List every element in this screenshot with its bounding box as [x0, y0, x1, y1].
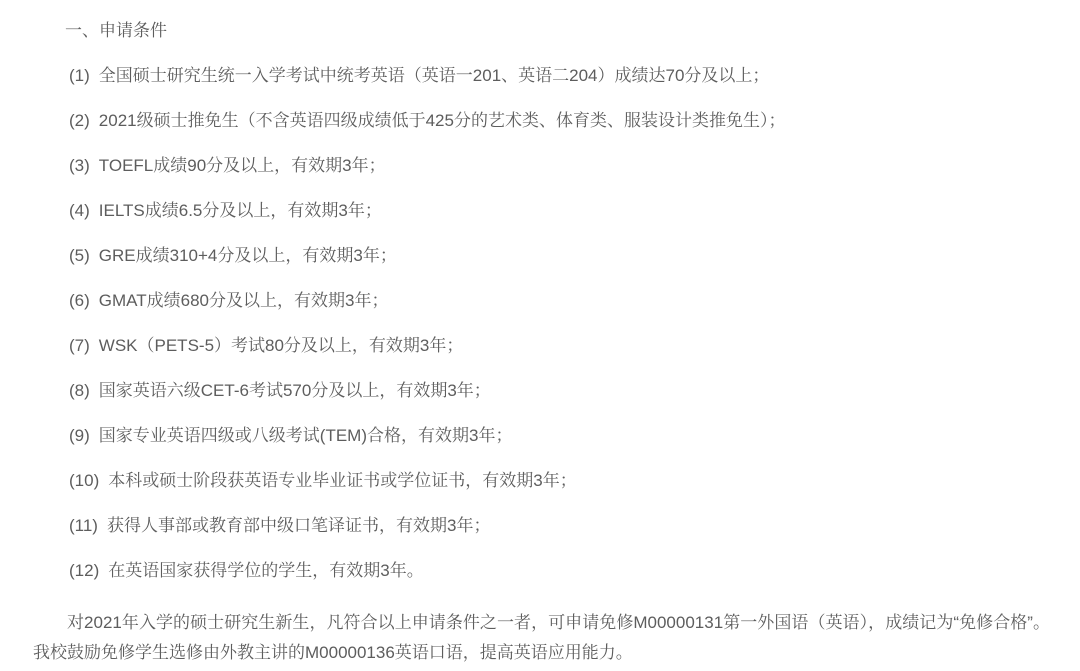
section-title: 一、申请条件	[33, 8, 1050, 53]
item-text: GRE成绩310+4分及以上，有效期3年；	[99, 246, 397, 265]
list-item: (5)GRE成绩310+4分及以上，有效期3年；	[33, 233, 1050, 278]
item-text: TOEFL成绩90分及以上，有效期3年；	[99, 156, 386, 175]
item-number: (8)	[69, 381, 90, 400]
item-text: 国家英语六级CET-6考试570分及以上，有效期3年；	[99, 381, 491, 400]
list-item: (7)WSK（PETS-5）考试80分及以上，有效期3年；	[33, 323, 1050, 368]
document-page: 一、申请条件 (1)全国硕士研究生统一入学考试中统考英语（英语一201、英语二2…	[0, 0, 1080, 671]
item-number: (7)	[69, 336, 90, 355]
item-text: WSK（PETS-5）考试80分及以上，有效期3年；	[99, 336, 464, 355]
list-item: (1)全国硕士研究生统一入学考试中统考英语（英语一201、英语二204）成绩达7…	[33, 53, 1050, 98]
item-text: 本科或硕士阶段获英语专业毕业证书或学位证书，有效期3年；	[108, 471, 576, 490]
item-number: (3)	[69, 156, 90, 175]
item-text: 在英语国家获得学位的学生，有效期3年。	[108, 561, 423, 580]
item-number: (1)	[69, 66, 90, 85]
item-number: (9)	[69, 426, 90, 445]
list-item: (10)本科或硕士阶段获英语专业毕业证书或学位证书，有效期3年；	[33, 458, 1050, 503]
item-text: 全国硕士研究生统一入学考试中统考英语（英语一201、英语二204）成绩达70分及…	[99, 66, 770, 85]
list-item: (3)TOEFL成绩90分及以上，有效期3年；	[33, 143, 1050, 188]
list-item: (12)在英语国家获得学位的学生，有效期3年。	[33, 548, 1050, 593]
item-text: 2021级硕士推免生（不含英语四级成绩低于425分的艺术类、体育类、服装设计类推…	[99, 111, 786, 130]
item-text: 获得人事部或教育部中级口笔译证书，有效期3年；	[107, 516, 490, 535]
list-item: (11)获得人事部或教育部中级口笔译证书，有效期3年；	[33, 503, 1050, 548]
list-item: (8)国家英语六级CET-6考试570分及以上，有效期3年；	[33, 368, 1050, 413]
item-text: IELTS成绩6.5分及以上，有效期3年；	[99, 201, 382, 220]
item-number: (12)	[69, 561, 99, 580]
item-text: 国家专业英语四级或八级考试(TEM)合格，有效期3年；	[99, 426, 513, 445]
list-item: (4)IELTS成绩6.5分及以上，有效期3年；	[33, 188, 1050, 233]
item-number: (5)	[69, 246, 90, 265]
conditions-list: (1)全国硕士研究生统一入学考试中统考英语（英语一201、英语二204）成绩达7…	[33, 53, 1050, 593]
list-item: (9)国家专业英语四级或八级考试(TEM)合格，有效期3年；	[33, 413, 1050, 458]
item-number: (2)	[69, 111, 90, 130]
item-number: (11)	[69, 516, 98, 535]
item-number: (4)	[69, 201, 90, 220]
item-number: (10)	[69, 471, 99, 490]
closing-paragraph: 对2021年入学的硕士研究生新生，凡符合以上申请条件之一者，可申请免修M0000…	[33, 608, 1050, 668]
item-number: (6)	[69, 291, 90, 310]
item-text: GMAT成绩680分及以上，有效期3年；	[99, 291, 389, 310]
list-item: (6)GMAT成绩680分及以上，有效期3年；	[33, 278, 1050, 323]
list-item: (2)2021级硕士推免生（不含英语四级成绩低于425分的艺术类、体育类、服装设…	[33, 98, 1050, 143]
